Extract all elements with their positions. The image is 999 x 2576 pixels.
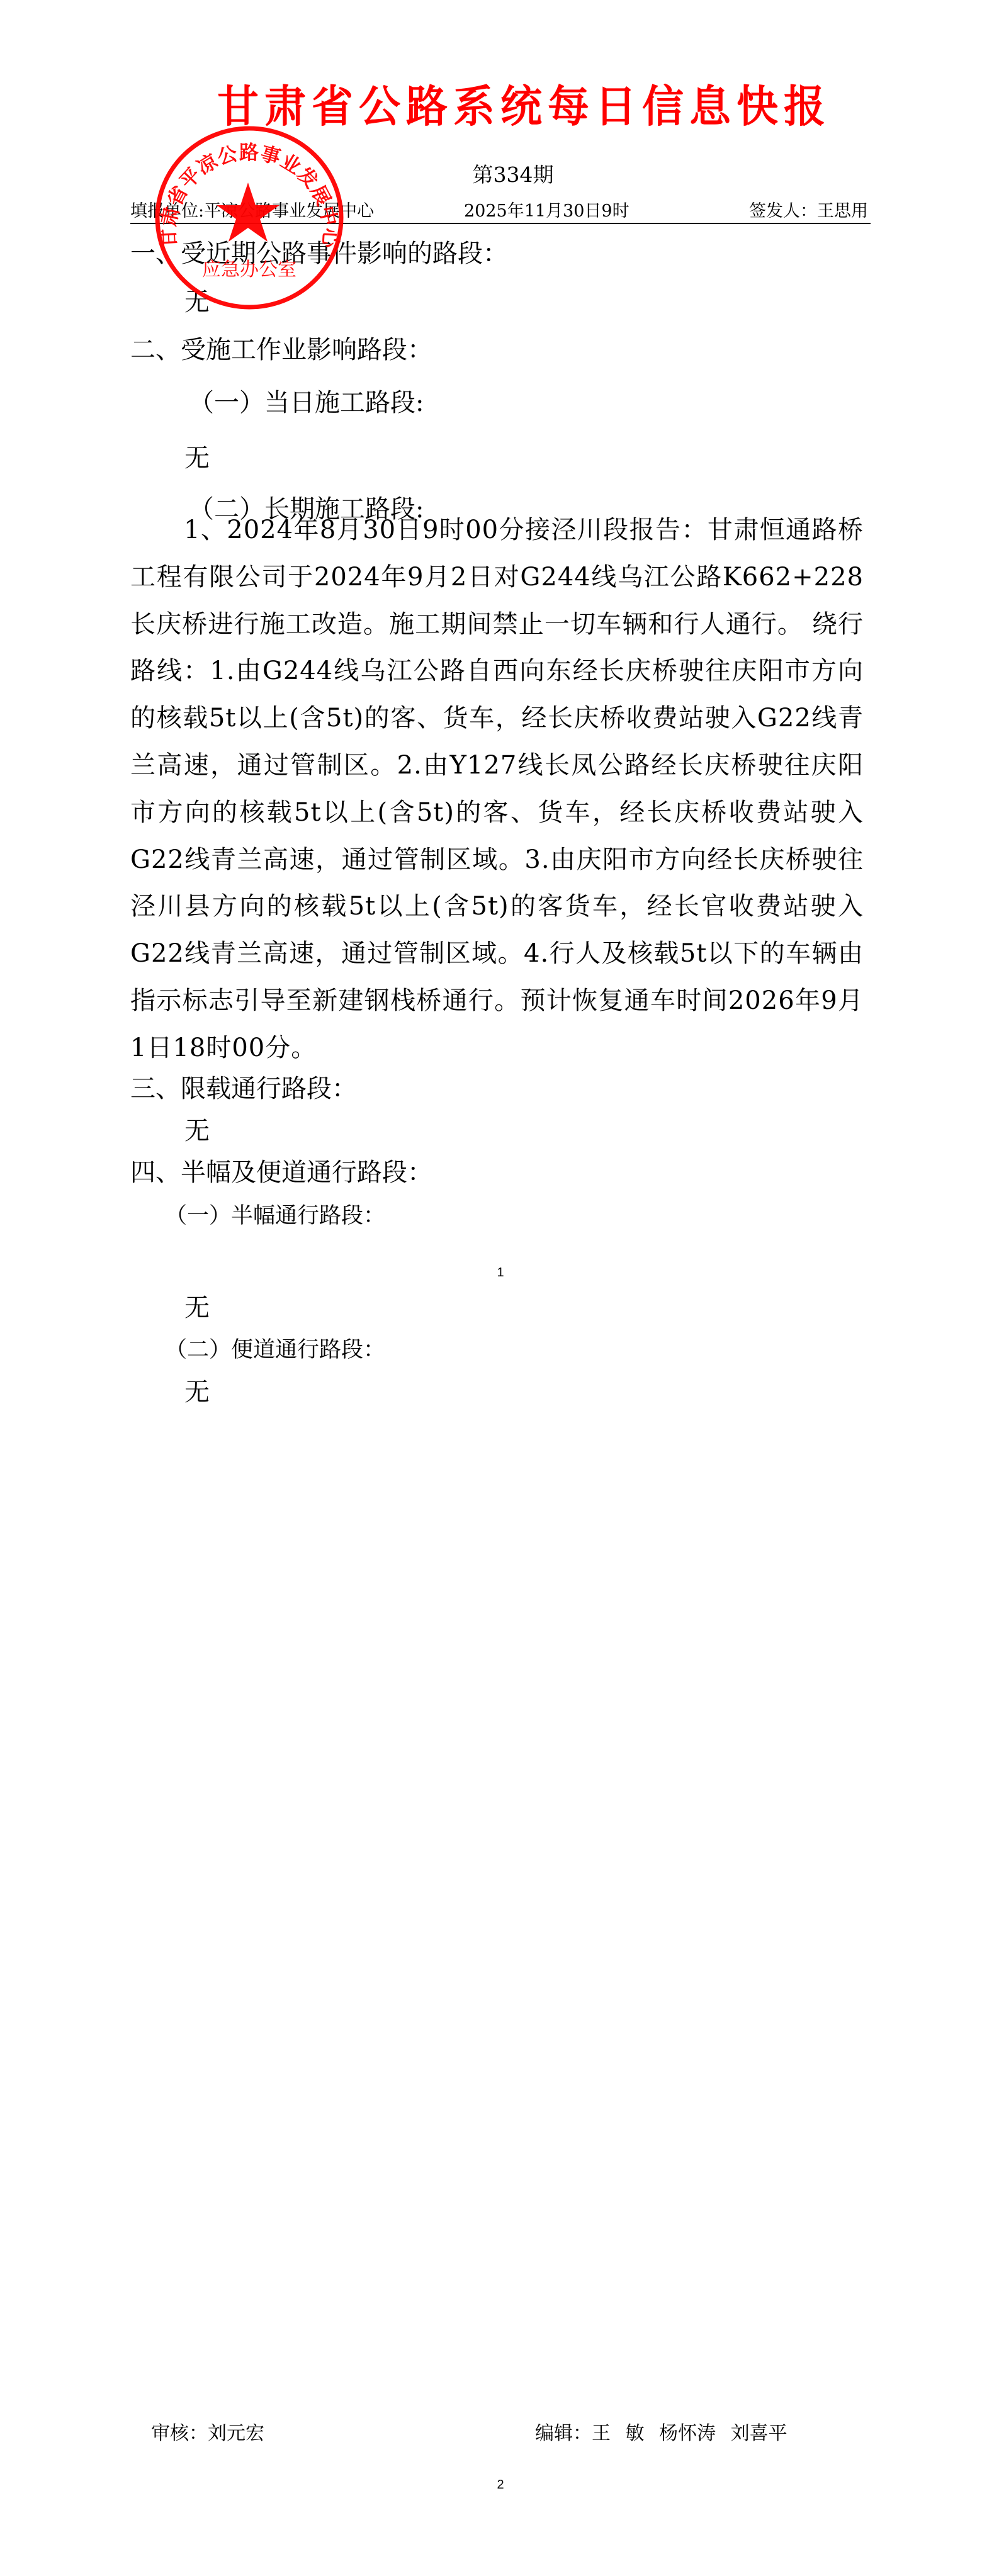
section-3-content: 无 xyxy=(184,1115,210,1147)
editors: 编辑：王 敏 杨怀涛 刘喜平 xyxy=(535,2421,787,2446)
section-2-sub1-heading: （一）当日施工路段: xyxy=(189,387,424,419)
meta-row: 填报单位:平凉公路事业发展中心 2025年11月30日9时 签发人：王思用 xyxy=(130,200,871,224)
report-datetime: 2025年11月30日9时 xyxy=(464,200,629,223)
section-1-heading: 一、受近期公路事件影响的路段： xyxy=(130,238,508,269)
document-title: 甘肃省公路系统每日信息快报 xyxy=(217,81,793,133)
issue-number: 第334期 xyxy=(441,162,585,188)
stamp-outer-text: 甘肃省平凉公路事业发展中心 xyxy=(157,142,341,249)
section-4-sub1-heading: （一）半幅通行路段： xyxy=(165,1202,385,1230)
section-4-sub1-content: 无 xyxy=(184,1292,210,1324)
section-4-sub2-heading: （二）便道通行路段： xyxy=(165,1336,385,1364)
page-number-1: 1 xyxy=(485,1265,516,1280)
section-4-heading: 四、半幅及便道通行路段： xyxy=(130,1157,432,1188)
signer: 签发人：王思用 xyxy=(749,200,868,223)
page-number-2: 2 xyxy=(485,2477,516,2492)
construction-notice-paragraph: 1、2024年8月30日9时00分接泾川段报告：甘肃恒通路桥工程有限公司于202… xyxy=(130,507,864,1072)
reviewer: 审核：刘元宏 xyxy=(151,2421,264,2446)
reporting-unit: 填报单位:平凉公路事业发展中心 xyxy=(130,200,374,223)
section-3-heading: 三、限载通行路段： xyxy=(130,1073,357,1105)
section-4-sub2-content: 无 xyxy=(184,1376,210,1408)
section-2-sub1-content: 无 xyxy=(184,442,210,474)
svg-text:甘肃省平凉公路事业发展中心: 甘肃省平凉公路事业发展中心 xyxy=(157,142,341,249)
section-1-content: 无 xyxy=(184,286,210,318)
section-2-heading: 二、受施工作业影响路段： xyxy=(130,334,432,366)
